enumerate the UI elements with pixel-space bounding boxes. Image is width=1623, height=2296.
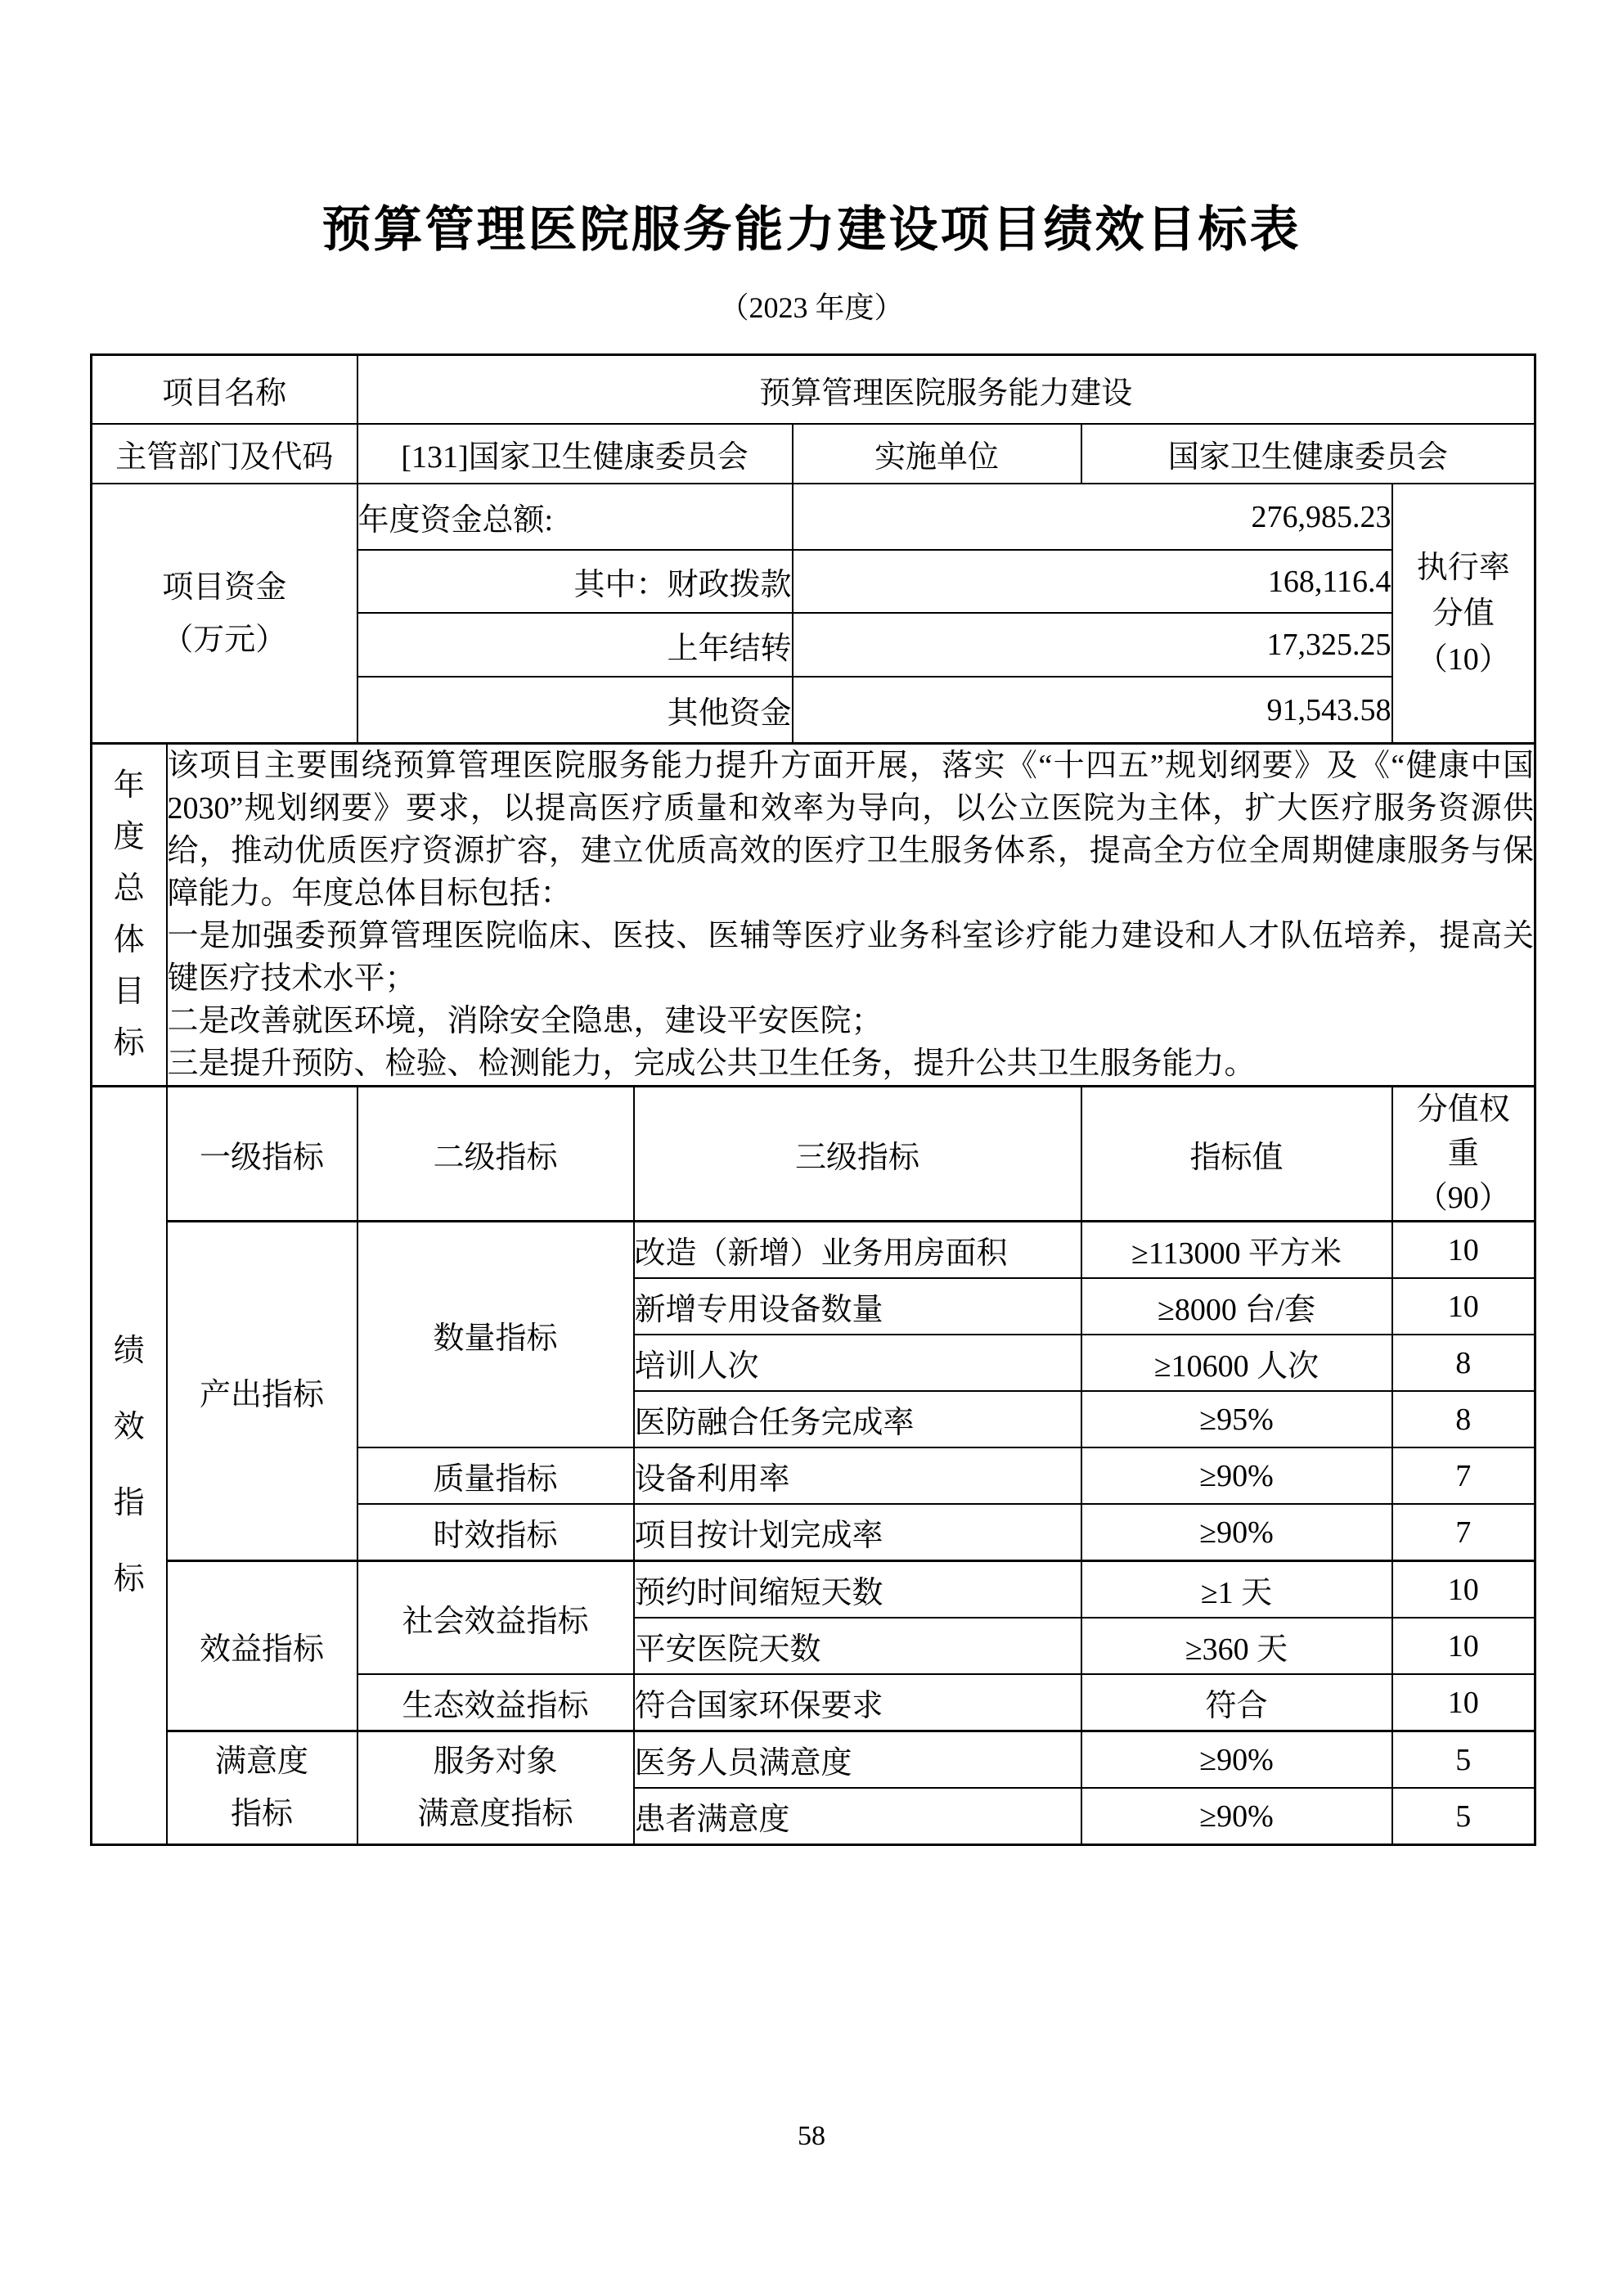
indicator-name: 患者满意度 (634, 1788, 1081, 1845)
document-page: 预算管理医院服务能力建设项目绩效目标表 （2023 年度） 项目名称 预算管理医… (0, 0, 1623, 2296)
performance-vertical-label: 绩 效 指 标 (92, 1087, 167, 1845)
indicator-header-row: 绩 效 指 标 一级指标 二级指标 三级指标 指标值 分值权 重 （90） (92, 1087, 1535, 1222)
header-weight: 分值权 重 （90） (1392, 1087, 1535, 1222)
indicator-value: ≥90% (1081, 1788, 1392, 1845)
indicator-value: ≥90% (1081, 1731, 1392, 1789)
indicator-name: 设备利用率 (634, 1447, 1081, 1504)
indicator-weight: 7 (1392, 1504, 1535, 1561)
annual-goal-paragraph: 该项目主要围绕预算管理医院服务能力提升方面开展，落实《“十四五”规划纲要》及《“… (168, 745, 1535, 915)
level1-output: 产出指标 (167, 1222, 357, 1561)
page-number: 58 (0, 2121, 1623, 2152)
indicator-name: 预约时间缩短天数 (634, 1561, 1081, 1618)
indicator-value: ≥90% (1081, 1447, 1392, 1504)
funding-total-label: 年度资金总额: (357, 484, 793, 550)
indicator-weight: 8 (1392, 1335, 1535, 1391)
level1-benefit: 效益指标 (167, 1561, 357, 1731)
indicator-name: 医务人员满意度 (634, 1731, 1081, 1789)
indicator-row: 满意度 指标 服务对象 满意度指标 医务人员满意度 ≥90% 5 (92, 1731, 1535, 1789)
funding-fiscal-value: 168,116.4 (793, 550, 1392, 613)
indicator-value: ≥113000 平方米 (1081, 1222, 1392, 1279)
header-level3: 三级指标 (634, 1087, 1081, 1222)
header-indicator-value: 指标值 (1081, 1087, 1392, 1222)
indicator-weight: 10 (1392, 1674, 1535, 1731)
indicator-value: ≥95% (1081, 1391, 1392, 1447)
indicator-name: 医防融合任务完成率 (634, 1391, 1081, 1447)
level2-social-benefit: 社会效益指标 (357, 1561, 634, 1675)
annual-goal-row: 年 度 总 体 目 标 该项目主要围绕预算管理医院服务能力提升方面开展，落实《“… (92, 744, 1535, 1087)
indicator-value: ≥10600 人次 (1081, 1335, 1392, 1391)
indicator-value: ≥90% (1081, 1504, 1392, 1561)
project-name-value: 预算管理医院服务能力建设 (357, 355, 1535, 425)
level2-timeliness: 时效指标 (357, 1504, 634, 1561)
level2-eco-benefit: 生态效益指标 (357, 1674, 634, 1731)
header-level2: 二级指标 (357, 1087, 634, 1222)
indicator-name: 符合国家环保要求 (634, 1674, 1081, 1731)
table-row: 项目资金 （万元） 年度资金总额: 276,985.23 执行率 分值 （10） (92, 484, 1535, 550)
table-row: 主管部门及代码 [131]国家卫生健康委员会 实施单位 国家卫生健康委员会 (92, 424, 1535, 484)
document-title: 预算管理医院服务能力建设项目绩效目标表 (0, 198, 1623, 262)
project-name-label: 项目名称 (92, 355, 357, 425)
level2-service-satisfaction: 服务对象 满意度指标 (357, 1731, 634, 1845)
annual-goal-paragraph: 一是加强委预算管理医院临床、医技、医辅等医疗业务科室诊疗能力建设和人才队伍培养，… (168, 915, 1535, 1000)
funding-other-label: 其他资金 (357, 677, 793, 744)
indicator-weight: 5 (1392, 1731, 1535, 1789)
indicator-weight: 5 (1392, 1788, 1535, 1845)
table-row: 项目名称 预算管理医院服务能力建设 (92, 355, 1535, 425)
dept-label: 主管部门及代码 (92, 424, 357, 484)
annual-goal-paragraph: 三是提升预防、检验、检测能力，完成公共卫生任务，提升公共卫生服务能力。 (168, 1042, 1535, 1085)
indicator-name: 项目按计划完成率 (634, 1504, 1081, 1561)
indicator-name: 平安医院天数 (634, 1618, 1081, 1674)
execution-rate-score-label: 执行率 分值 （10） (1392, 484, 1535, 744)
indicator-value: 符合 (1081, 1674, 1392, 1731)
indicator-weight: 10 (1392, 1278, 1535, 1335)
level2-quantity: 数量指标 (357, 1222, 634, 1448)
indicator-name: 新增专用设备数量 (634, 1278, 1081, 1335)
indicator-value: ≥1 天 (1081, 1561, 1392, 1618)
indicator-weight: 10 (1392, 1561, 1535, 1618)
indicator-row: 效益指标 社会效益指标 预约时间缩短天数 ≥1 天 10 (92, 1561, 1535, 1618)
indicator-name: 改造（新增）业务用房面积 (634, 1222, 1081, 1279)
annual-goal-text: 该项目主要围绕预算管理医院服务能力提升方面开展，落实《“十四五”规划纲要》及《“… (167, 744, 1535, 1087)
funding-fiscal-label: 其中：财政拨款 (357, 550, 793, 613)
document-subtitle: （2023 年度） (0, 288, 1623, 327)
header-level1: 一级指标 (167, 1087, 357, 1222)
performance-target-table: 项目名称 预算管理医院服务能力建设 主管部门及代码 [131]国家卫生健康委员会… (90, 353, 1536, 1846)
indicator-value: ≥360 天 (1081, 1618, 1392, 1674)
funding-total-value: 276,985.23 (793, 484, 1392, 550)
indicator-weight: 10 (1392, 1618, 1535, 1674)
impl-unit-label: 实施单位 (793, 424, 1081, 484)
funding-carryover-label: 上年结转 (357, 613, 793, 677)
level1-satisfaction: 满意度 指标 (167, 1731, 357, 1845)
impl-unit-value: 国家卫生健康委员会 (1081, 424, 1535, 484)
funding-other-value: 91,543.58 (793, 677, 1392, 744)
indicator-name: 培训人次 (634, 1335, 1081, 1391)
funding-carryover-value: 17,325.25 (793, 613, 1392, 677)
annual-goal-paragraph: 二是改善就医环境，消除安全隐患，建设平安医院； (168, 1000, 1535, 1042)
annual-goal-vertical-label: 年 度 总 体 目 标 (92, 744, 167, 1087)
indicator-weight: 8 (1392, 1391, 1535, 1447)
level2-quality: 质量指标 (357, 1447, 634, 1504)
dept-value: [131]国家卫生健康委员会 (357, 424, 793, 484)
indicator-value: ≥8000 台/套 (1081, 1278, 1392, 1335)
indicator-row: 产出指标 数量指标 改造（新增）业务用房面积 ≥113000 平方米 10 (92, 1222, 1535, 1279)
indicator-weight: 7 (1392, 1447, 1535, 1504)
indicator-weight: 10 (1392, 1222, 1535, 1279)
funding-section-label: 项目资金 （万元） (92, 484, 357, 744)
